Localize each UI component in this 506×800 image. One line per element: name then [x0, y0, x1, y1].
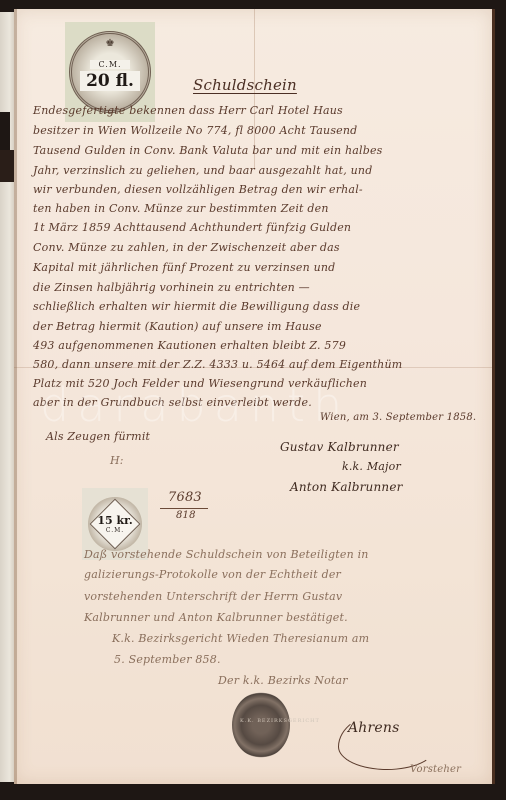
body-line: Conv. Münze zu zahlen, in der Zwischenze…: [33, 241, 340, 254]
stamp-medallion: ♚ C.M. 20 fl.: [69, 31, 151, 113]
stamp-currency: C.M.: [90, 60, 129, 69]
witness-note: Als Zeugen fürmit: [46, 430, 150, 443]
divider-rule: [160, 508, 208, 509]
body-line: 580, dann unsere mit der Z.Z. 4333 u. 54…: [33, 358, 402, 371]
certification-line: Kalbrunner und Anton Kalbrunner bestätig…: [84, 611, 348, 624]
date-line: Wien, am 3. September 1858.: [320, 412, 476, 423]
stamp-value: 20 fl.: [80, 71, 140, 91]
body-line: Tausend Gulden in Conv. Bank Valuta bar …: [33, 144, 383, 157]
body-line: die Zinsen halbjährig vorhinein zu entri…: [33, 281, 310, 294]
certification-line: galizierungs-Protokolle von der Echtheit…: [84, 568, 341, 581]
document-title: Schuldschein: [193, 76, 297, 94]
signature-rank: k.k. Major: [342, 460, 401, 473]
seal-label: K.K. BEZIRKSGERICHT: [240, 718, 320, 724]
body-line: Kapital mit jährlichen fünf Prozent zu v…: [33, 261, 335, 274]
body-line: 1t März 1859 Achttausend Achthundert fün…: [33, 221, 351, 234]
certification-line: Der k.k. Bezirks Notar: [218, 674, 348, 687]
register-number: 7683: [168, 490, 202, 505]
signature-gustav: Gustav Kalbrunner: [280, 440, 399, 454]
certification-line: K.k. Bezirksgericht Wieden Theresianum a…: [112, 632, 369, 645]
certification-line: 5. September 858.: [114, 653, 221, 666]
certification-line: Daß vorstehende Schuldschein von Beteili…: [84, 548, 369, 561]
signature-anton: Anton Kalbrunner: [290, 480, 403, 494]
background-edge: [0, 784, 506, 800]
body-line: 493 aufgenommenen Kautionen erhalten ble…: [33, 339, 346, 352]
binding-gutter: [14, 9, 17, 784]
body-line: Jahr, verzinslich zu geliehen, und baar …: [33, 164, 372, 177]
certification-line: vorstehenden Unterschrift der Herrn Gust…: [84, 590, 342, 603]
official-seal: [232, 692, 290, 758]
page-tear: [0, 150, 14, 182]
body-line: ten haben in Conv. Münze zur bestimmten …: [33, 202, 329, 215]
body-line: Endesgefertigte bekennen dass Herr Carl …: [33, 104, 343, 117]
eagle-icon: ♚: [106, 38, 115, 49]
body-line: besitzer in Wien Wollzeile No 774, fl 80…: [33, 124, 357, 137]
stamp-medallion: 15 kr. C.M.: [88, 497, 142, 551]
watermark: darabanth: [40, 378, 350, 432]
notary-title: Vorsteher: [410, 764, 461, 775]
body-line: wir verbunden, diesen vollzähligen Betra…: [33, 183, 363, 196]
register-sub: 818: [176, 510, 196, 521]
body-line: schließlich erhalten wir hiermit die Bew…: [33, 300, 360, 313]
marginal-mark: H:: [110, 454, 124, 467]
stamp-value: 15 kr.: [97, 514, 132, 527]
stamp-currency: C.M.: [106, 527, 124, 534]
body-line: der Betrag hiermit (Kaution) auf unsere …: [33, 320, 322, 333]
